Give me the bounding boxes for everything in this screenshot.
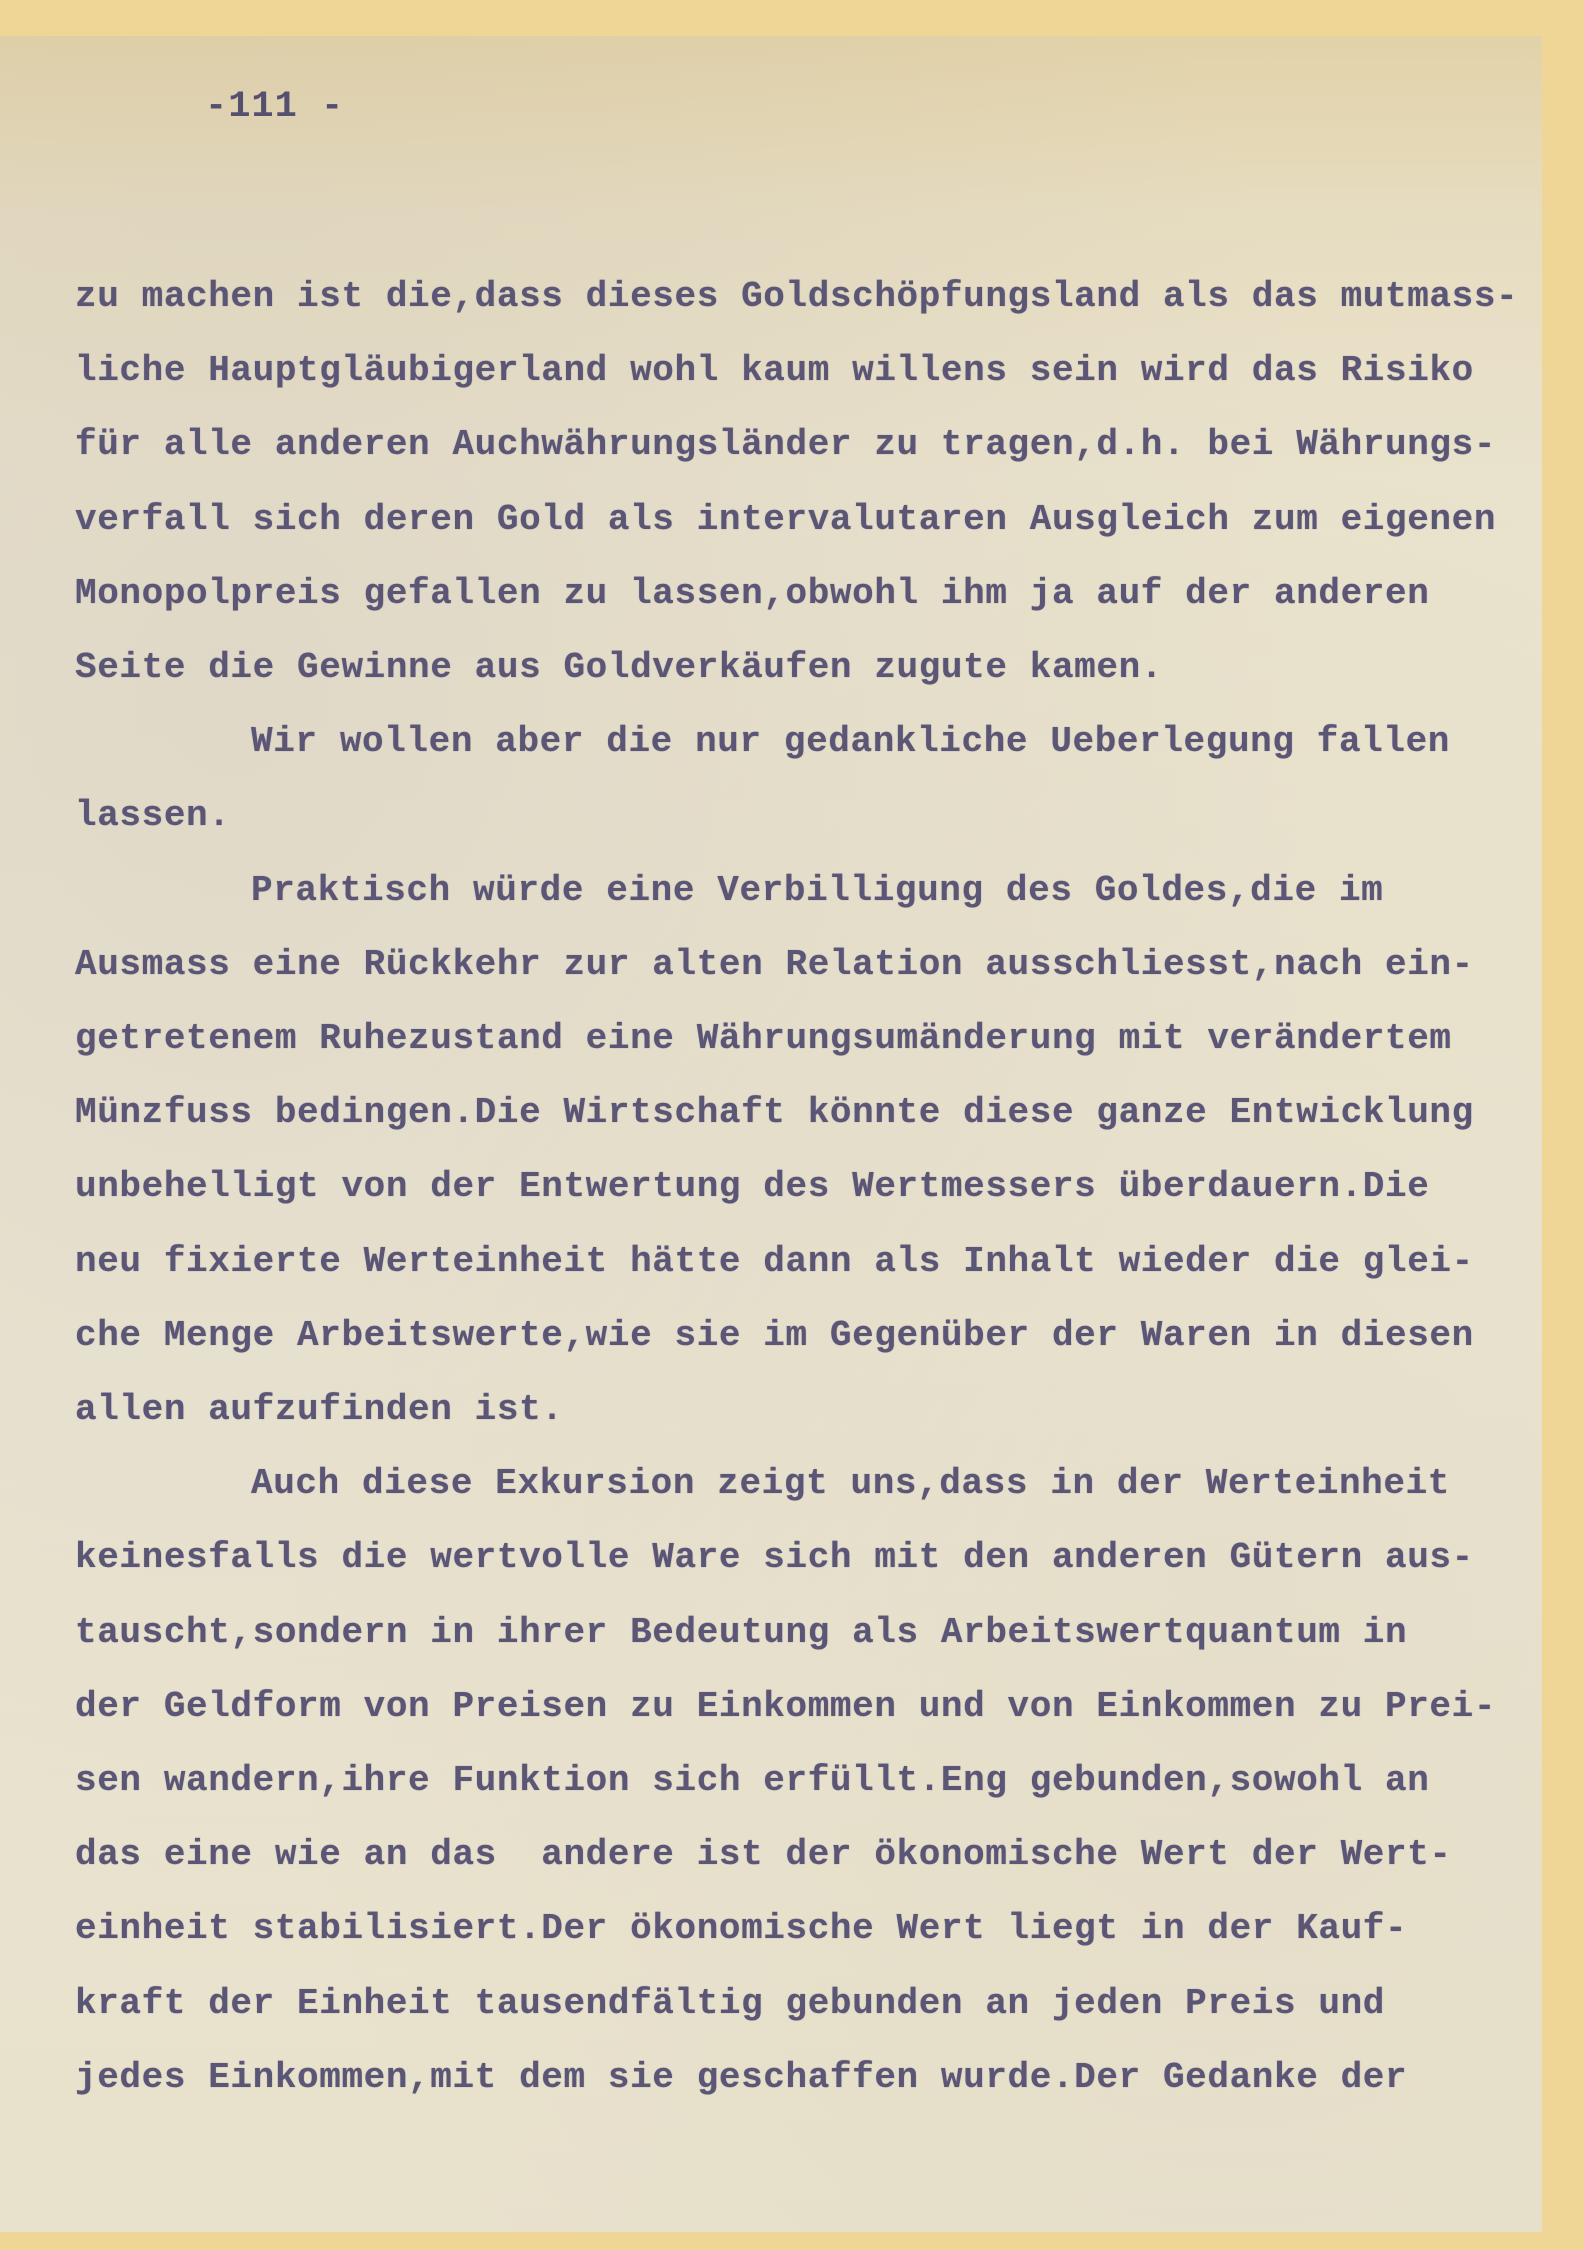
text-line: allen aufzufinden ist. — [75, 1389, 563, 1430]
text-line: jedes Einkommen,mit dem sie geschaffen w… — [75, 2057, 1407, 2098]
text-line: tauscht,sondern in ihrer Bedeutung als A… — [75, 1612, 1407, 1653]
text-line: Monopolpreis gefallen zu lassen,obwohl i… — [75, 573, 1429, 614]
page-number: -111 - — [205, 86, 344, 128]
text-line: Ausmass eine Rückkehr zur alten Relation… — [75, 944, 1474, 985]
text-line: che Menge Arbeitswerte,wie sie im Gegenü… — [75, 1315, 1474, 1356]
text-line: verfall sich deren Gold als intervalutar… — [75, 499, 1496, 540]
text-line: lassen. — [75, 795, 230, 836]
text-line: neu fixierte Werteinheit hätte dann als … — [75, 1241, 1474, 1282]
text-line: einheit stabilisiert.Der ökonomische Wer… — [75, 1908, 1407, 1949]
text-line: liche Hauptgläubigerland wohl kaum wille… — [75, 350, 1474, 391]
text-line: unbehelligt von der Entwertung des Wertm… — [75, 1166, 1429, 1207]
text-line: das eine wie an das andere ist der ökono… — [75, 1834, 1452, 1875]
text-line: kraft der Einheit tausendfältig gebunden… — [75, 1983, 1385, 2024]
text-line: sen wandern,ihre Funktion sich erfüllt.E… — [75, 1760, 1429, 1801]
typewritten-page: -111 - zu machen ist die,dass dieses Gol… — [0, 36, 1542, 2232]
paragraph-first-line: Auch diese Exkursion zeigt uns,dass in d… — [251, 1463, 1450, 1504]
text-line: der Geldform von Preisen zu Einkommen un… — [75, 1686, 1496, 1727]
text-line: für alle anderen Auchwährungsländer zu t… — [75, 424, 1496, 465]
text-line: zu machen ist die,dass dieses Goldschöpf… — [75, 276, 1518, 317]
text-line: Münzfuss bedingen.Die Wirtschaft könnte … — [75, 1092, 1474, 1133]
text-line: Seite die Gewinne aus Goldverkäufen zugu… — [75, 647, 1163, 688]
paragraph-first-line: Wir wollen aber die nur gedankliche Uebe… — [251, 721, 1450, 762]
paragraph-first-line: Praktisch würde eine Verbilligung des Go… — [251, 870, 1383, 911]
text-line: getretenem Ruhezustand eine Währungsumän… — [75, 1018, 1452, 1059]
text-line: keinesfalls die wertvolle Ware sich mit … — [75, 1537, 1474, 1578]
